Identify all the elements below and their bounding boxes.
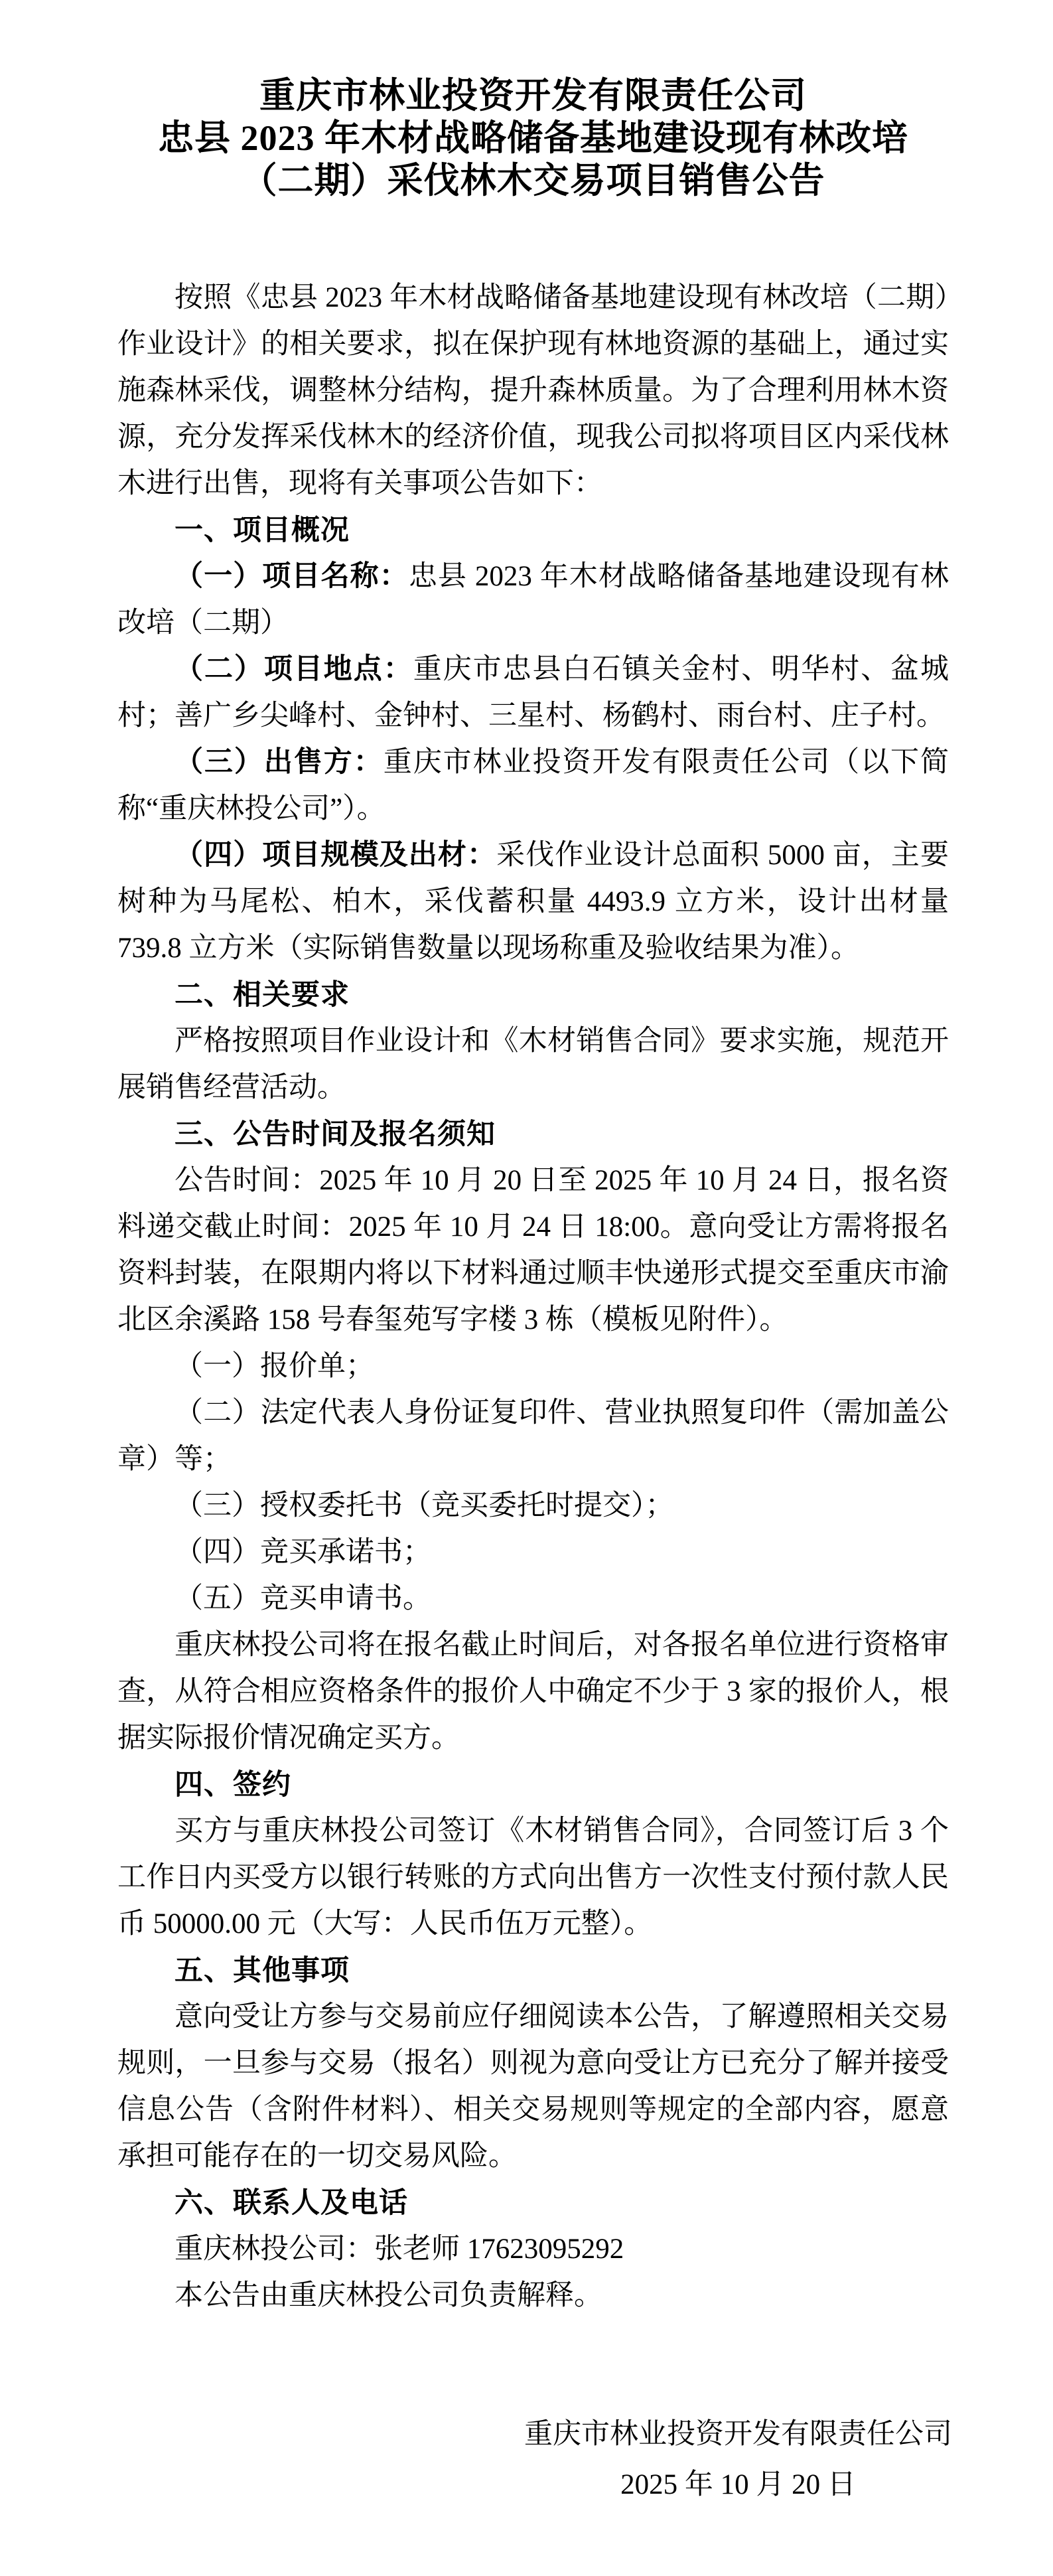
paragraph-text: （三）授权委托书（竞买委托时提交）； (175, 1490, 674, 1521)
paragraph-text: 重庆林投公司将在报名截止时间后，对各报名单位进行资格审查，从符合相应资格条件的报… (117, 1629, 949, 1754)
list-item-2: （二）法定代表人身份证复印件、营业执照复印件（需加盖公章）等； (117, 1390, 949, 1483)
paragraph-text: 严格按照项目作业设计和《木材销售合同》要求实施，规范开展销售经营活动。 (117, 1025, 949, 1103)
paragraph-requirements: 严格按照项目作业设计和《木材销售合同》要求实施，规范开展销售经营活动。 (117, 1018, 949, 1111)
list-item-5: （五）竞买申请书。 (117, 1576, 949, 1622)
paragraph-text: （五）竞买申请书。 (175, 1583, 431, 1614)
paragraph-text: 意向受让方参与交易前应仔细阅读本公告，了解遵照相关交易规则，一旦参与交易（报名）… (117, 2001, 949, 2172)
section-heading-5: 五、其他事项 (117, 1947, 949, 1994)
paragraph-qualification-review: 重庆林投公司将在报名截止时间后，对各报名单位进行资格审查，从符合相应资格条件的报… (117, 1622, 949, 1762)
paragraph-text: 按照《忠县 2023 年木材战略储备基地建设现有林改培（二期）作业设计》的相关要… (117, 282, 949, 499)
intro-paragraph: 按照《忠县 2023 年木材战略储备基地建设现有林改培（二期）作业设计》的相关要… (117, 275, 949, 507)
signature-block: 重庆市林业投资开发有限责任公司 2025 年 10 月 20 日 (524, 2409, 952, 2510)
paragraph-label: （一）项目名称： (175, 561, 409, 592)
list-item-3: （三）授权委托书（竞买委托时提交）； (117, 1483, 949, 1529)
signature-company: 重庆市林业投资开发有限责任公司 (524, 2409, 952, 2460)
document-title: 重庆市林业投资开发有限责任公司 忠县 2023 年木材战略储备基地建设现有林改培… (117, 74, 949, 202)
paragraph-label: （三）出售方： (175, 747, 384, 778)
title-line-3: （二期）采伐林木交易项目销售公告 (117, 159, 949, 202)
paragraph-seller: （三）出售方：重庆市林业投资开发有限责任公司（以下简称“重庆林投公司”）。 (117, 739, 949, 832)
title-line-1: 重庆市林业投资开发有限责任公司 (117, 74, 949, 117)
paragraph-interpretation: 本公告由重庆林投公司负责解释。 (117, 2273, 949, 2319)
section-heading-6: 六、联系人及电话 (117, 2180, 949, 2226)
signature-inner: 重庆市林业投资开发有限责任公司 2025 年 10 月 20 日 (524, 2409, 952, 2510)
document-body: 按照《忠县 2023 年木材战略储备基地建设现有林改培（二期）作业设计》的相关要… (117, 275, 949, 2319)
paragraph-contact: 重庆林投公司：张老师 17623095292 (117, 2226, 949, 2273)
paragraph-contract: 买方与重庆林投公司签订《木材销售合同》，合同签订后 3 个工作日内买受方以银行转… (117, 1808, 949, 1947)
paragraph-text: 重庆林投公司：张老师 17623095292 (175, 2234, 624, 2265)
paragraph-project-scale: （四）项目规模及出材：采伐作业设计总面积 5000 亩，主要树种为马尾松、柏木，… (117, 832, 949, 972)
announcement-document: 重庆市林业投资开发有限责任公司 忠县 2023 年木材战略储备基地建设现有林改培… (0, 0, 1053, 2576)
paragraph-text: （四）竞买承诺书； (175, 1537, 431, 1568)
section-heading-1: 一、项目概况 (117, 507, 949, 554)
paragraph-schedule: 公告时间：2025 年 10 月 20 日至 2025 年 10 月 24 日，… (117, 1158, 949, 1343)
paragraph-label: （二）项目地点： (175, 654, 413, 685)
section-heading-3: 三、公告时间及报名须知 (117, 1111, 949, 1158)
section-heading-4: 四、签约 (117, 1762, 949, 1808)
paragraph-text: 买方与重庆林投公司签订《木材销售合同》，合同签订后 3 个工作日内买受方以银行转… (117, 1815, 949, 1939)
signature-date: 2025 年 10 月 20 日 (524, 2460, 952, 2510)
paragraph-text: 本公告由重庆林投公司负责解释。 (175, 2280, 602, 2311)
list-item-4: （四）竞买承诺书； (117, 1529, 949, 1576)
paragraph-label: （四）项目规模及出材： (175, 840, 496, 871)
paragraph-project-name: （一）项目名称：忠县 2023 年木材战略储备基地建设现有林改培（二期） (117, 554, 949, 646)
section-heading-2: 二、相关要求 (117, 972, 949, 1018)
paragraph-text: （一）报价单； (175, 1351, 374, 1382)
list-item-1: （一）报价单； (117, 1343, 949, 1390)
title-line-2: 忠县 2023 年木材战略储备基地建设现有林改培 (117, 117, 949, 159)
paragraph-text: 公告时间：2025 年 10 月 20 日至 2025 年 10 月 24 日，… (117, 1165, 949, 1335)
paragraph-text: （二）法定代表人身份证复印件、营业执照复印件（需加盖公章）等； (117, 1397, 949, 1475)
paragraph-other-matters: 意向受让方参与交易前应仔细阅读本公告，了解遵照相关交易规则，一旦参与交易（报名）… (117, 1994, 949, 2180)
paragraph-project-location: （二）项目地点：重庆市忠县白石镇关金村、明华村、盆城村；善广乡尖峰村、金钟村、三… (117, 646, 949, 739)
